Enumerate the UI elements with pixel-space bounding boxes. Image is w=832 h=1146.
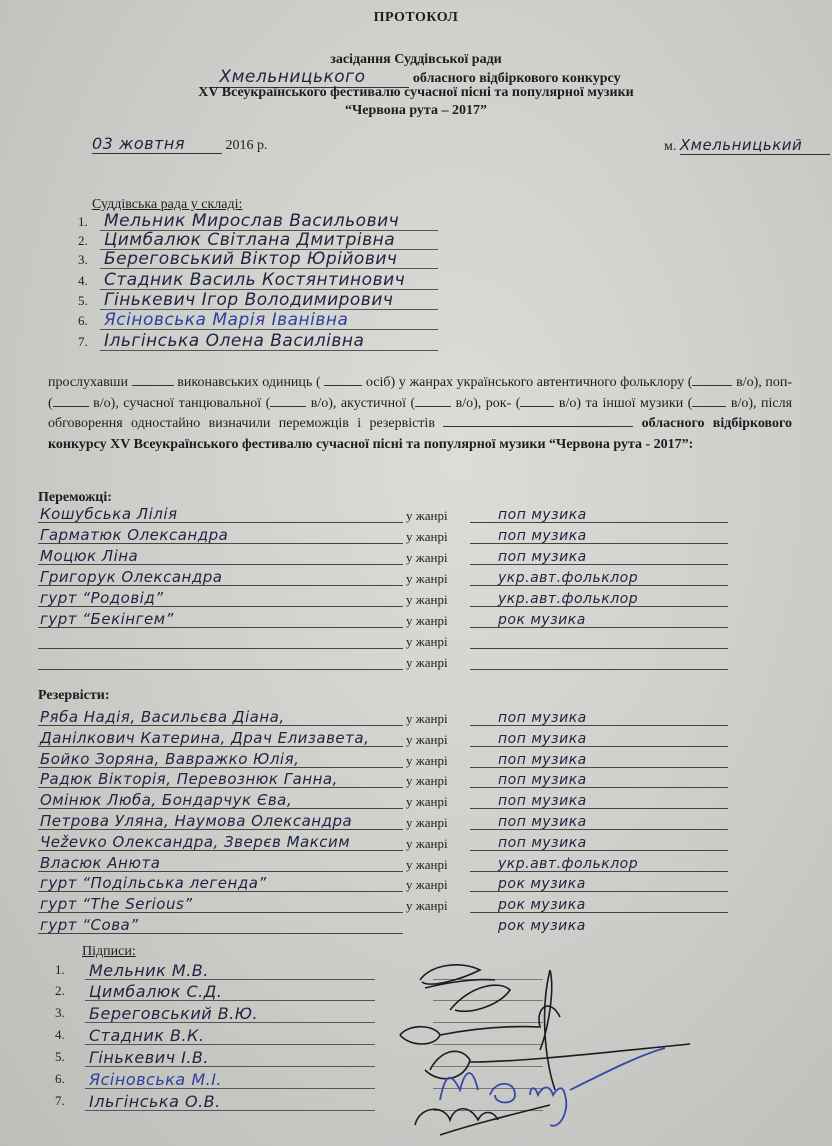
text-fragment: в/о) та іншої музики ( xyxy=(559,396,693,411)
header-line-2-suffix: обласного відбіркового конкурсу xyxy=(413,71,621,86)
signature-number: 4. xyxy=(55,1027,65,1043)
winners-row: у жанрі xyxy=(38,631,728,651)
date-row: 03 жовтня 2016 р. xyxy=(92,134,268,154)
reservists-row: гурт “Сова”рок музика xyxy=(38,916,728,936)
other-count-field[interactable] xyxy=(692,394,726,407)
genre-label: у жанрі xyxy=(406,634,448,650)
winners-label: Переможці: xyxy=(38,490,112,506)
reservists-row: Ряба Надія, Васильєва Діана,у жанріпоп м… xyxy=(38,708,728,728)
genre-label: у жанрі xyxy=(406,857,448,873)
genre-label: у жанрі xyxy=(406,877,448,893)
document-title: ПРОТОКОЛ xyxy=(0,10,832,26)
signatures-label: Підписи: xyxy=(82,944,136,960)
text-fragment: в/о), сучасної танцювальної ( xyxy=(93,396,270,411)
reservists-row: гурт “Подільська легенда”у жанрірок музи… xyxy=(38,874,728,894)
participant-name[interactable]: Петрова Уляна, Наумова Олександра xyxy=(40,812,352,830)
council-member-number: 6. xyxy=(78,313,92,329)
genre-value[interactable]: рок музика xyxy=(498,897,586,913)
genre-label: у жанрі xyxy=(406,571,448,587)
genre-value[interactable]: поп музика xyxy=(498,731,587,747)
council-member-row: 7.Ільгінська Олена Василівна xyxy=(78,334,458,352)
handwritten-signatures xyxy=(380,950,700,1140)
genre-label: у жанрі xyxy=(406,711,448,727)
persons-count-field[interactable] xyxy=(324,373,362,386)
signature-name[interactable]: Ясіновська М.І. xyxy=(89,1070,222,1089)
signature-number: 1. xyxy=(55,962,65,978)
signature-row: 7.Ільгінська О.В. xyxy=(55,1093,355,1113)
dance-count-field[interactable] xyxy=(270,394,306,407)
signature-name[interactable]: Береговський В.Ю. xyxy=(89,1004,258,1023)
reservists-label: Резервісти: xyxy=(38,688,109,704)
winners-row: Кошубська Ліліяу жанріпоп музика xyxy=(38,505,728,525)
genre-value[interactable]: поп музика xyxy=(498,710,587,726)
genre-value[interactable]: поп музика xyxy=(498,752,587,768)
city-row: м. Хмельницький xyxy=(664,136,830,155)
genre-underline xyxy=(470,669,728,670)
participant-name[interactable]: Власюк Анюта xyxy=(40,854,160,872)
council-member-name[interactable]: Стадник Василь Костянтинович xyxy=(104,270,405,290)
council-member-row: 3.Береговський Віктор Юрійович xyxy=(78,252,458,270)
genre-value[interactable]: поп музика xyxy=(498,528,587,544)
reservists-row: Омінюк Люба, Бондарчук Єва,у жанріпоп му… xyxy=(38,791,728,811)
year-text: 2016 р. xyxy=(226,138,268,153)
winners-row: гурт “Родовід”у жанріукр.авт.фольклор xyxy=(38,589,728,609)
signature-row: 6.Ясіновська М.І. xyxy=(55,1071,355,1091)
genre-value[interactable]: укр.авт.фольклор xyxy=(498,570,638,586)
signature-number: 7. xyxy=(55,1093,65,1109)
participant-name[interactable]: гурт “Подільська легенда” xyxy=(40,874,267,892)
signature-name[interactable]: Мельник М.В. xyxy=(89,961,209,980)
text-fragment: резервістів xyxy=(369,416,434,431)
text-fragment: в/о), xyxy=(456,396,482,411)
city-field[interactable]: Хмельницький xyxy=(680,136,830,155)
council-member-number: 3. xyxy=(78,252,92,268)
genre-value[interactable]: рок музика xyxy=(498,876,586,892)
council-member-number: 2. xyxy=(78,233,92,249)
signature-number: 5. xyxy=(55,1049,65,1065)
reservists-row: Чеževко Олександра, Зверєв Максиму жанрі… xyxy=(38,833,728,853)
text-fragment: осіб) у жанрах українського автентичного xyxy=(366,375,617,390)
pop-count-field[interactable] xyxy=(53,394,89,407)
council-member-row: 5.Гінькевич Ігор Володимирович xyxy=(78,293,458,311)
genre-label: у жанрі xyxy=(406,592,448,608)
council-member-name[interactable]: Мельник Мирослав Васильович xyxy=(104,211,399,231)
acoustic-count-field[interactable] xyxy=(415,394,451,407)
participant-name[interactable]: Данілкович Катерина, Драч Елизавета, xyxy=(40,729,369,747)
genre-label: у жанрі xyxy=(406,655,448,671)
text-fragment: виконавських одиниць ( xyxy=(177,375,320,390)
text-fragment: прослухавши xyxy=(48,375,128,390)
council-member-number: 1. xyxy=(78,214,92,230)
text-fragment: рок- ( xyxy=(486,396,521,411)
genre-value[interactable]: поп музика xyxy=(498,793,587,809)
signature-number: 6. xyxy=(55,1071,65,1087)
genre-label: у жанрі xyxy=(406,898,448,914)
council-member-name[interactable]: Береговський Віктор Юрійович xyxy=(104,249,397,269)
genre-label: у жанрі xyxy=(406,836,448,852)
participant-name[interactable]: гурт “Бекінгем” xyxy=(40,610,174,628)
genre-value[interactable]: укр.авт.фольклор xyxy=(498,856,638,872)
participant-name[interactable]: гурт “Сова” xyxy=(40,916,139,934)
council-member-name[interactable]: Цимбалюк Світлана Дмитрівна xyxy=(104,230,395,250)
text-fragment: в/о), акустичної ( xyxy=(311,396,415,411)
winners-row: Моцюк Лінау жанріпоп музика xyxy=(38,547,728,567)
text-fragment: фольклору ( xyxy=(620,375,692,390)
winners-row: Григорук Олександрау жанріукр.авт.фолькл… xyxy=(38,568,728,588)
genre-label: у жанрі xyxy=(406,529,448,545)
genre-value[interactable]: поп музика xyxy=(498,549,587,565)
signature-row: 4.Стадник В.К. xyxy=(55,1027,355,1047)
reservists-row: Бойко Зоряна, Вавражко Юлія,у жанріпоп м… xyxy=(38,750,728,770)
genre-value[interactable]: поп музика xyxy=(498,772,587,788)
council-member-number: 5. xyxy=(78,293,92,309)
signature-number: 3. xyxy=(55,1005,65,1021)
genre-underline xyxy=(470,648,728,649)
signature-number: 2. xyxy=(55,983,65,999)
winners-row: Гарматюк Олександрау жанріпоп музика xyxy=(38,526,728,546)
council-member-name[interactable]: Ільгінська Олена Василівна xyxy=(104,331,364,351)
participant-name[interactable]: Бойко Зоряна, Вавражко Юлія, xyxy=(40,750,299,768)
header-line-4: “Червона рута – 2017” xyxy=(0,103,832,119)
genre-label: у жанрі xyxy=(406,773,448,789)
header-line-3: XV Всеукраїнського фестивалю сучасної пі… xyxy=(0,85,832,101)
genre-value[interactable]: поп музика xyxy=(498,507,587,523)
participant-name[interactable]: Ряба Надія, Васильєва Діана, xyxy=(40,708,285,726)
units-count-field[interactable] xyxy=(132,373,174,386)
council-member-number: 4. xyxy=(78,273,92,289)
genre-value[interactable]: поп музика xyxy=(498,814,587,830)
genre-label: у жанрі xyxy=(406,508,448,524)
participant-name[interactable]: Григорук Олександра xyxy=(40,568,222,586)
reservists-row: гурт “The Serious”у жанрірок музика xyxy=(38,895,728,915)
signature-row: 2.Цимбалюк С.Д. xyxy=(55,983,355,1003)
genre-label: у жанрі xyxy=(406,550,448,566)
reservists-row: Петрова Уляна, Наумова Олександрау жанрі… xyxy=(38,812,728,832)
rock-count-field[interactable] xyxy=(520,394,554,407)
participant-name[interactable]: гурт “The Serious” xyxy=(40,895,193,913)
signature-name[interactable]: Гінькевич І.В. xyxy=(89,1048,209,1067)
signature-name[interactable]: Ільгінська О.В. xyxy=(89,1092,221,1111)
reservists-row: Власюк Анютау жанріукр.авт.фольклор xyxy=(38,854,728,874)
folk-count-field[interactable] xyxy=(692,373,732,386)
reservists-row: Данілкович Катерина, Драч Елизавета,у жа… xyxy=(38,729,728,749)
participant-name[interactable]: Гарматюк Олександра xyxy=(40,526,228,544)
name-underline xyxy=(38,669,403,670)
genre-label: у жанрі xyxy=(406,732,448,748)
genre-label: у жанрі xyxy=(406,613,448,629)
signature-row: 1.Мельник М.В. xyxy=(55,962,355,982)
participant-name[interactable]: Чеževко Олександра, Зверєв Максим xyxy=(40,833,350,851)
participant-name[interactable]: Кошубська Лілія xyxy=(40,505,178,523)
council-member-row: 6.Ясіновська Марія Іванівна xyxy=(78,313,458,331)
genre-value[interactable]: поп музика xyxy=(498,835,587,851)
header-line-1: засідання Суддівської ради xyxy=(0,52,832,68)
city-prefix: м. xyxy=(664,139,676,154)
winners-row: гурт “Бекінгем”у жанрірок музика xyxy=(38,610,728,630)
signature-row: 3.Береговський В.Ю. xyxy=(55,1005,355,1025)
name-underline xyxy=(38,648,403,649)
participant-name[interactable]: Омінюк Люба, Бондарчук Єва, xyxy=(40,791,292,809)
participant-name[interactable]: гурт “Родовід” xyxy=(40,589,163,607)
winners-row: у жанрі xyxy=(38,652,728,672)
genre-label: у жанрі xyxy=(406,753,448,769)
participant-name[interactable]: Моцюк Ліна xyxy=(40,547,138,565)
participant-name[interactable]: Радюк Вікторія, Перевознюк Ганна, xyxy=(40,770,338,788)
council-member-number: 7. xyxy=(78,334,92,350)
genre-value[interactable]: рок музика xyxy=(498,612,586,628)
reservists-row: Радюк Вікторія, Перевознюк Ганна,у жанрі… xyxy=(38,770,728,790)
council-member-name[interactable]: Гінькевич Ігор Володимирович xyxy=(104,290,393,310)
body-paragraph: прослухавши виконавських одиниць ( осіб)… xyxy=(48,373,792,455)
genre-value[interactable]: укр.авт.фольклор xyxy=(498,591,638,607)
signature-name[interactable]: Цимбалюк С.Д. xyxy=(89,982,222,1001)
signature-row: 5.Гінькевич І.В. xyxy=(55,1049,355,1069)
genre-label: у жанрі xyxy=(406,815,448,831)
council-member-name[interactable]: Ясіновська Марія Іванівна xyxy=(104,310,348,330)
region-blank-field[interactable] xyxy=(443,414,633,427)
genre-value[interactable]: рок музика xyxy=(498,918,586,934)
signature-name[interactable]: Стадник В.К. xyxy=(89,1026,204,1045)
date-field[interactable]: 03 жовтня xyxy=(92,134,222,154)
genre-label: у жанрі xyxy=(406,794,448,810)
council-member-row: 4.Стадник Василь Костянтинович xyxy=(78,273,458,291)
